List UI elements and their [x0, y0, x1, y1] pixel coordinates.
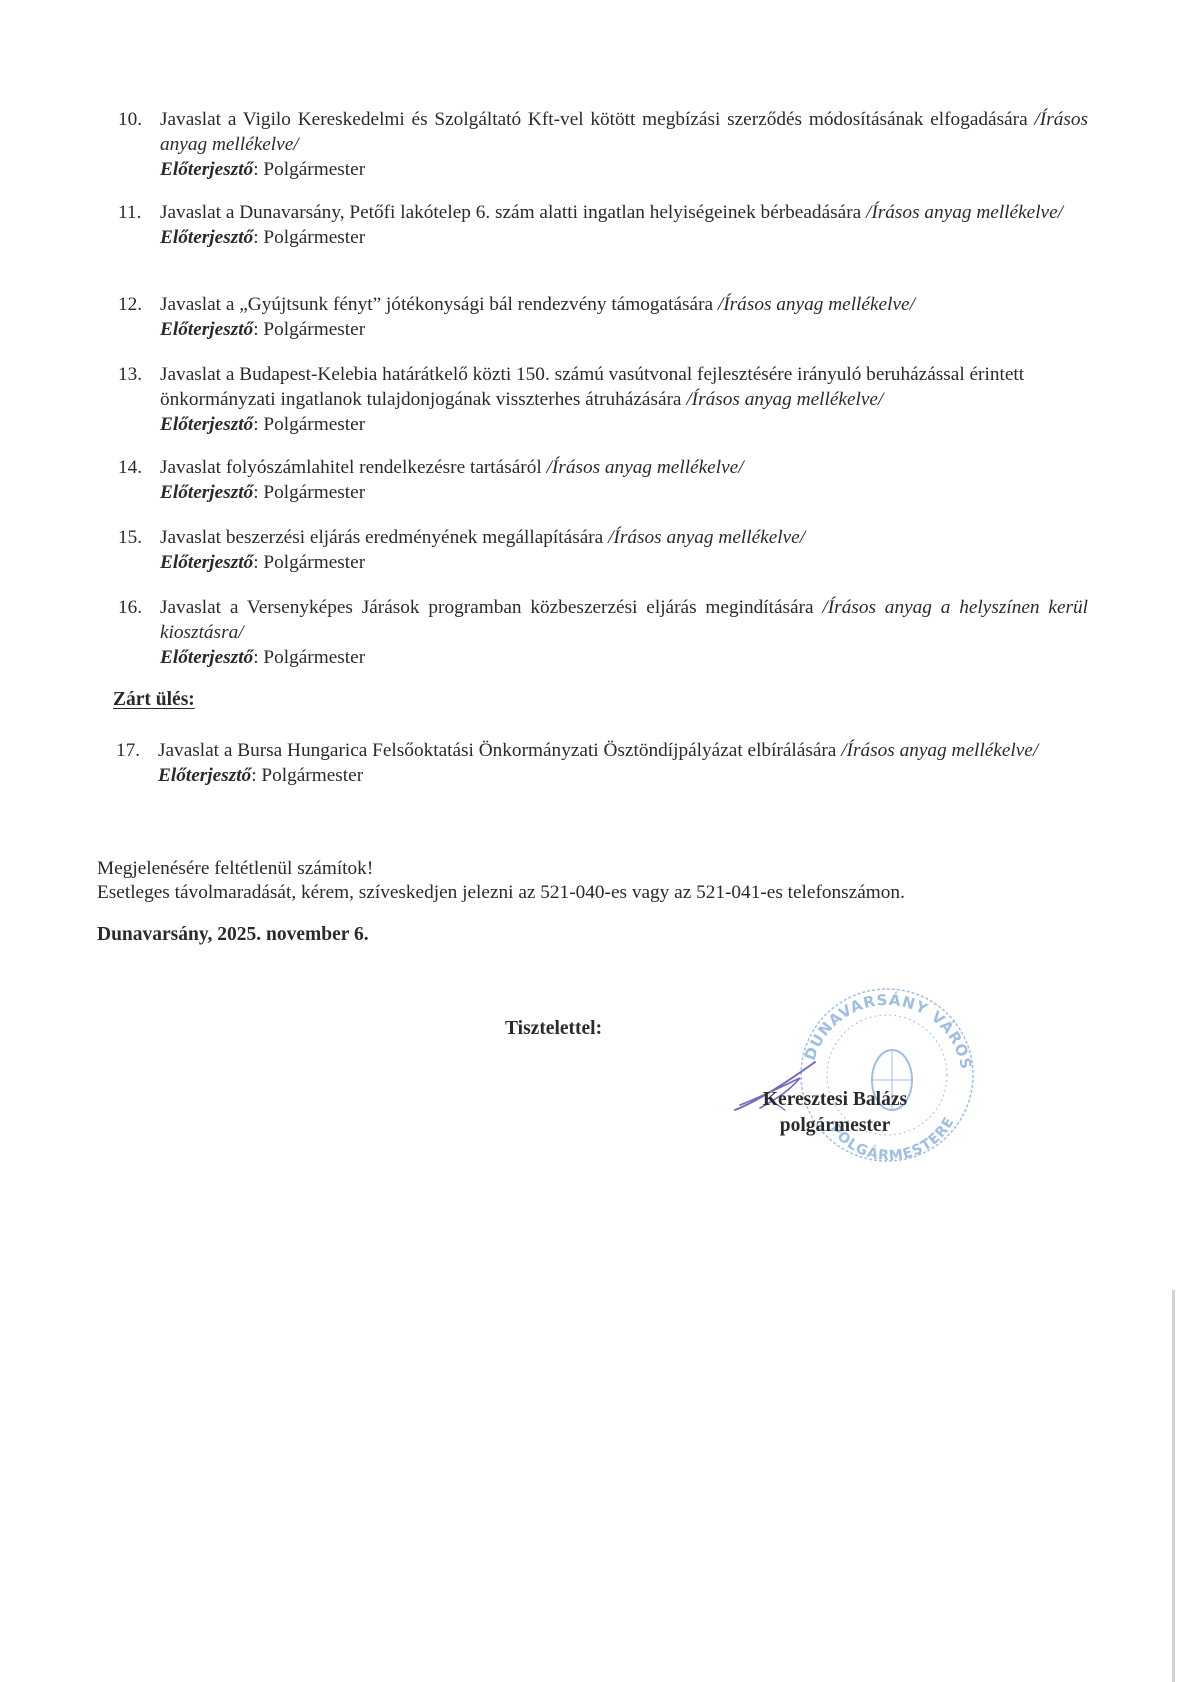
agenda-item: 16. Javaslat a Versenyképes Járások prog…: [118, 595, 1088, 670]
item-presenter: Előterjesztő: Polgármester: [160, 645, 1088, 670]
agenda-item: 15. Javaslat beszerzési eljárás eredmény…: [118, 525, 1088, 575]
document-date: Dunavarsány, 2025. november 6.: [97, 924, 369, 946]
regards-text: Tisztelettel:: [505, 1018, 602, 1040]
item-number: 17.: [116, 738, 156, 763]
item-number: 15.: [118, 525, 158, 550]
presenter-label: Előterjesztő: [160, 319, 253, 340]
item-presenter: Előterjesztő: Polgármester: [160, 550, 1088, 575]
signer-title: polgármester: [735, 1113, 935, 1139]
item-text: Javaslat folyószámlahitel rendelkezésre …: [160, 457, 547, 478]
item-note: /Írásos anyag mellékelve/: [608, 527, 805, 548]
item-note: /Írásos anyag mellékelve/: [547, 457, 744, 478]
item-text: Javaslat a Dunavarsány, Petőfi lakótelep…: [160, 202, 866, 223]
presenter-value: : Polgármester: [253, 319, 365, 340]
presenter-label: Előterjesztő: [160, 227, 253, 248]
item-text: Javaslat a Vigilo Kereskedelmi és Szolgá…: [160, 109, 1034, 130]
item-text: Javaslat a „Gyújtsunk fényt” jótékonyság…: [160, 294, 718, 315]
item-number: 14.: [118, 455, 158, 480]
presenter-value: : Polgármester: [251, 765, 363, 786]
item-presenter: Előterjesztő: Polgármester: [160, 412, 1088, 437]
agenda-item: 13. Javaslat a Budapest-Kelebia határátk…: [118, 362, 1088, 437]
item-text: Javaslat a Budapest-Kelebia határátkelő …: [160, 364, 1024, 410]
presenter-value: : Polgármester: [253, 647, 365, 668]
presenter-label: Előterjesztő: [158, 765, 251, 786]
item-note: /Írásos anyag mellékelve/: [718, 294, 915, 315]
presenter-label: Előterjesztő: [160, 647, 253, 668]
item-note: /Írásos anyag mellékelve/: [866, 202, 1063, 223]
item-note: /Írásos anyag mellékelve/: [841, 740, 1038, 761]
item-presenter: Előterjesztő: Polgármester: [160, 317, 1088, 342]
presenter-value: : Polgármester: [253, 482, 365, 503]
item-number: 12.: [118, 292, 158, 317]
presenter-value: : Polgármester: [253, 414, 365, 435]
item-text: Javaslat beszerzési eljárás eredményének…: [160, 527, 608, 548]
item-presenter: Előterjesztő: Polgármester: [160, 225, 1088, 250]
agenda-item: 10. Javaslat a Vigilo Kereskedelmi és Sz…: [118, 107, 1088, 182]
item-presenter: Előterjesztő: Polgármester: [158, 763, 1086, 788]
item-number: 16.: [118, 595, 158, 620]
item-text: Javaslat a Bursa Hungarica Felsőoktatási…: [158, 740, 841, 761]
presenter-value: : Polgármester: [253, 159, 365, 180]
item-presenter: Előterjesztő: Polgármester: [160, 480, 1088, 505]
presenter-label: Előterjesztő: [160, 552, 253, 573]
signer-block: Keresztesi Balázs polgármester: [735, 1087, 935, 1139]
document-page: 10. Javaslat a Vigilo Kereskedelmi és Sz…: [0, 0, 1190, 1682]
presenter-value: : Polgármester: [253, 227, 365, 248]
scan-edge-divider: [1172, 1290, 1175, 1682]
closed-session-heading: Zárt ülés:: [113, 689, 195, 711]
agenda-item: 12. Javaslat a „Gyújtsunk fényt” jótékon…: [118, 292, 1088, 342]
item-number: 11.: [118, 200, 158, 225]
agenda-item: 14. Javaslat folyószámlahitel rendelkezé…: [118, 455, 1088, 505]
presenter-value: : Polgármester: [253, 552, 365, 573]
closing-line-1: Megjelenésére feltétlenül számítok!: [97, 856, 373, 881]
item-presenter: Előterjesztő: Polgármester: [160, 157, 1088, 182]
agenda-item: 17. Javaslat a Bursa Hungarica Felsőokta…: [116, 738, 1086, 788]
item-number: 13.: [118, 362, 158, 387]
presenter-label: Előterjesztő: [160, 482, 253, 503]
agenda-item: 11. Javaslat a Dunavarsány, Petőfi lakót…: [118, 200, 1088, 250]
item-text: Javaslat a Versenyképes Járások programb…: [160, 597, 822, 618]
item-number: 10.: [118, 107, 158, 132]
item-note: /Írásos anyag mellékelve/: [686, 389, 883, 410]
signer-name: Keresztesi Balázs: [735, 1087, 935, 1113]
presenter-label: Előterjesztő: [160, 414, 253, 435]
closing-line-2: Esetleges távolmaradását, kérem, szívesk…: [97, 880, 905, 905]
presenter-label: Előterjesztő: [160, 159, 253, 180]
